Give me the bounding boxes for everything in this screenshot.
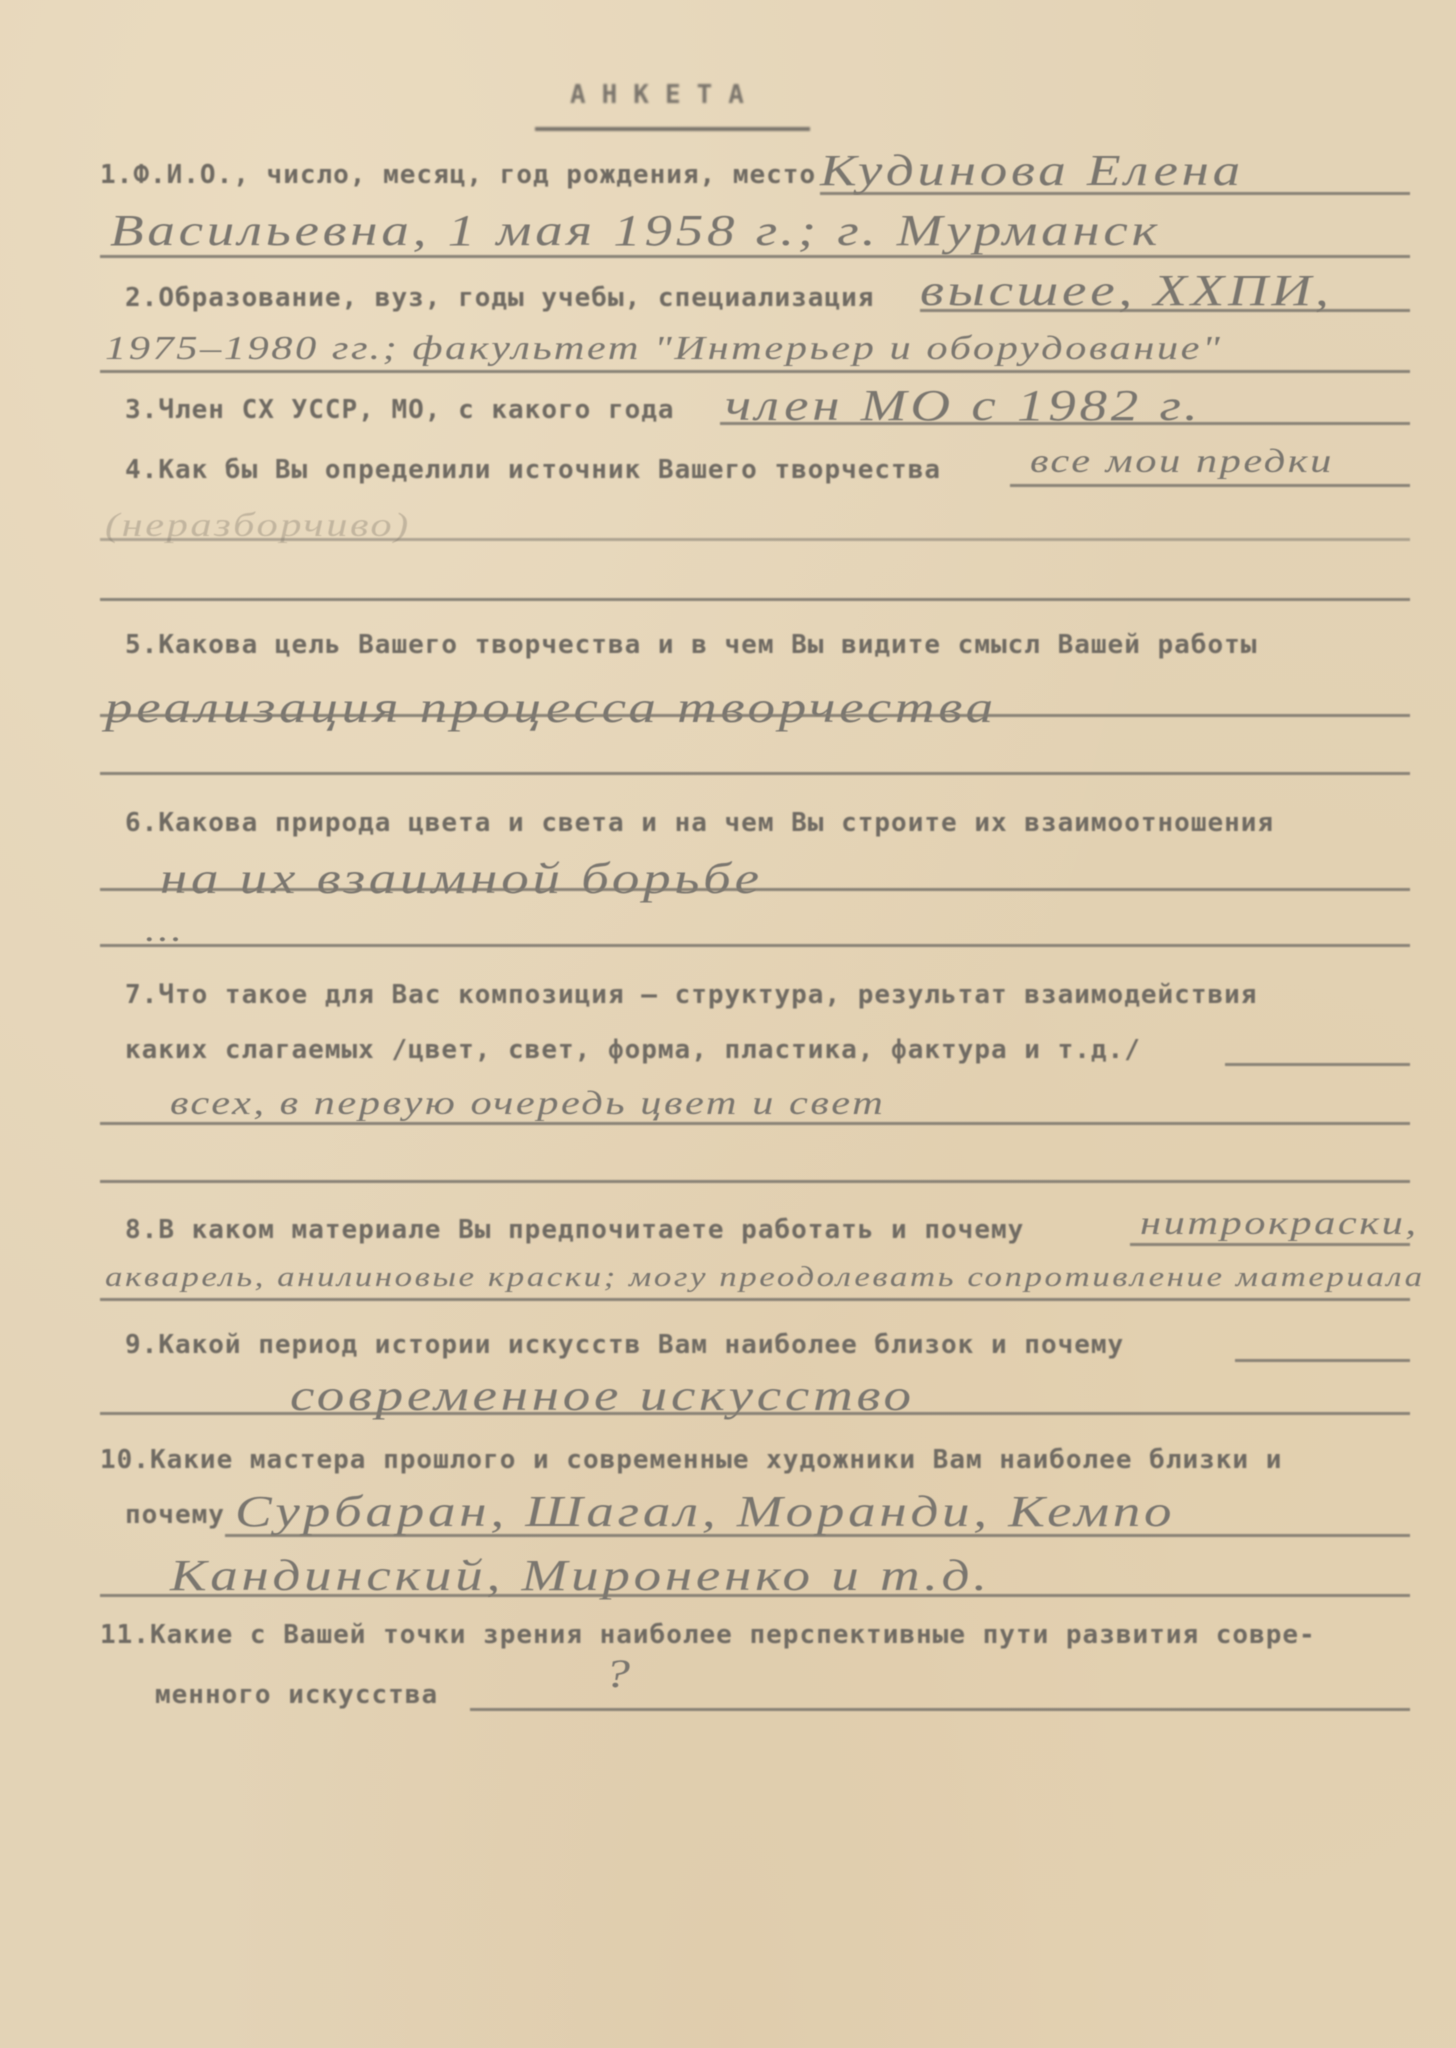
answer-rule — [1235, 1359, 1410, 1362]
answer-rule — [225, 1534, 1410, 1537]
question-9: 9.Какой период истории искусств Вам наиб… — [125, 1330, 1124, 1360]
answer-8-line-1: нитрокраски, — [1140, 1205, 1419, 1243]
answer-rule — [100, 714, 1410, 717]
answer-rule — [470, 1708, 1410, 1711]
answer-5: реализация процесса творчества — [105, 682, 997, 733]
answer-rule — [100, 1298, 1410, 1301]
answer-rule — [920, 309, 1410, 312]
answer-rule — [1225, 1063, 1410, 1066]
document-title: АНКЕТА — [570, 80, 760, 110]
answer-rule — [100, 772, 1410, 775]
question-8: 8.В каком материале Вы предпочитаете раб… — [125, 1215, 1024, 1245]
answer-4-line-1: все мои предки — [1030, 443, 1334, 481]
answer-rule — [100, 1594, 1410, 1597]
title-underline — [535, 127, 810, 131]
answer-1-line-2: Васильевна, 1 мая 1958 г.; г. Мурманск — [110, 205, 1161, 256]
answer-rule — [100, 598, 1410, 601]
answer-rule — [100, 255, 1410, 258]
question-5: 5.Какова цель Вашего творчества и в чем … — [125, 630, 1257, 660]
answer-rule — [720, 422, 1410, 425]
answer-rule — [100, 1180, 1410, 1183]
question-10-continued: почему — [125, 1500, 225, 1530]
answer-rule — [100, 888, 1410, 891]
answer-1-line-1: Кудинова Елена — [820, 145, 1244, 196]
question-11: 11.Какие с Вашей точки зрения наиболее п… — [100, 1620, 1316, 1650]
answer-rule — [820, 192, 1410, 195]
question-2: 2.Образование, вуз, годы учебы, специали… — [125, 283, 874, 313]
question-7-continued: каких слагаемых /цвет, свет, форма, плас… — [125, 1035, 1141, 1065]
answer-2-line-2: 1975–1980 гг.; факультет "Интерьер и обо… — [105, 330, 1222, 368]
answer-rule — [100, 944, 1410, 947]
question-6: 6.Какова природа цвета и света и на чем … — [125, 808, 1274, 838]
answer-6-line-1: на их взаимной борьбе — [160, 853, 763, 904]
answer-11: ? — [605, 1650, 634, 1697]
answer-rule — [1130, 1243, 1410, 1246]
question-7: 7.Что такое для Вас композиция – структу… — [125, 980, 1257, 1010]
answer-8-line-2: акварель, анилиновые краски; могу преодо… — [105, 1262, 1425, 1294]
answer-rule — [100, 1122, 1410, 1125]
answer-rule — [100, 370, 1410, 373]
question-10: 10.Какие мастера прошлого и современные … — [100, 1445, 1282, 1475]
questionnaire-page: АНКЕТА 1.Ф.И.О., число, месяц, год рожде… — [0, 0, 1456, 2048]
answer-7: всех, в первую очередь цвет и свет — [170, 1085, 885, 1123]
question-4: 4.Как бы Вы определили источник Вашего т… — [125, 455, 941, 485]
question-3: 3.Член СХ УССР, МО, с какого года — [125, 395, 675, 425]
answer-10-line-1: Сурбаран, Шагал, Моранди, Кемпо — [235, 1486, 1175, 1537]
question-1: 1.Ф.И.О., число, месяц, год рождения, ме… — [100, 160, 816, 190]
answer-rule — [100, 1412, 1410, 1415]
answer-rule — [100, 538, 1410, 541]
answer-rule — [1010, 484, 1410, 487]
question-11-continued: менного искусства — [155, 1680, 438, 1710]
